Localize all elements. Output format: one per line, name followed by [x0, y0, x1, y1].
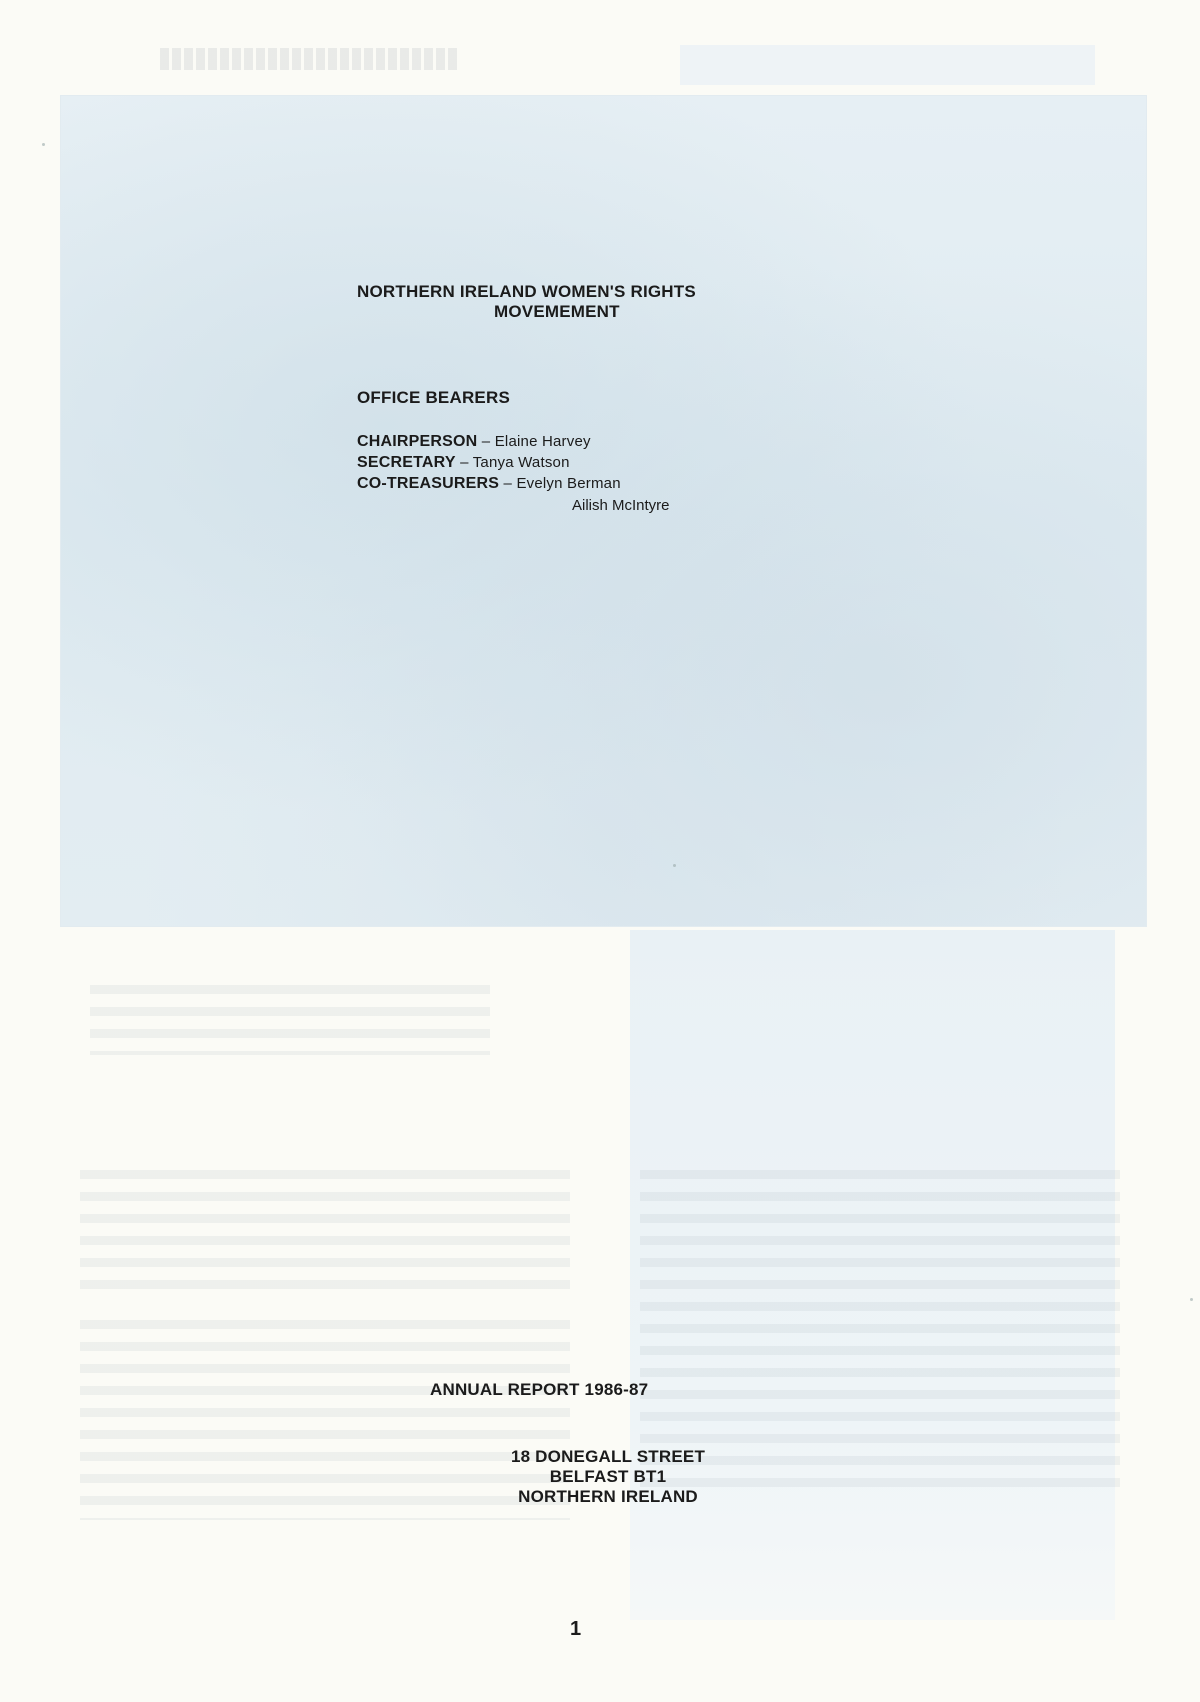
address-line-street: 18 DONEGALL STREET [0, 1447, 1200, 1467]
show-through-text-block [80, 1170, 570, 1290]
document-page: NORTHERN IRELAND WOMEN'S RIGHTS MOVEMEME… [0, 0, 1200, 1702]
organization-title: NORTHERN IRELAND WOMEN'S RIGHTS [357, 282, 696, 302]
paper-speck [42, 143, 45, 146]
address-line-city: BELFAST BT1 [0, 1467, 1200, 1487]
report-title: ANNUAL REPORT 1986-87 [430, 1380, 648, 1400]
separator: – [499, 475, 516, 492]
paper-speck [673, 864, 676, 867]
organization-title-continued: MOVEMEMENT [494, 302, 620, 322]
office-bearers-heading: OFFICE BEARERS [357, 388, 510, 408]
office-bearer-co-treasurers: CO-TREASURERS – Evelyn Berman [357, 475, 621, 493]
office-bearer-secretary: SECRETARY – Tanya Watson [357, 454, 570, 472]
paper-speck [1190, 1298, 1193, 1301]
role-label: CO-TREASURERS [357, 475, 499, 492]
person-name: Tanya Watson [473, 454, 570, 471]
office-bearer-co-treasurer-second: Ailish McIntyre [572, 497, 670, 514]
page-number: 1 [570, 1618, 581, 1641]
separator: – [477, 433, 494, 450]
show-through-text-block [90, 985, 490, 1055]
office-bearer-chairperson: CHAIRPERSON – Elaine Harvey [357, 433, 591, 451]
role-label: SECRETARY [357, 454, 456, 471]
role-label: CHAIRPERSON [357, 433, 477, 450]
person-name: Evelyn Berman [516, 475, 620, 492]
address-line-country: NORTHERN IRELAND [0, 1487, 1200, 1507]
separator: – [456, 454, 473, 471]
show-through-box [680, 45, 1095, 85]
show-through-header [160, 48, 460, 70]
person-name: Elaine Harvey [495, 433, 591, 450]
